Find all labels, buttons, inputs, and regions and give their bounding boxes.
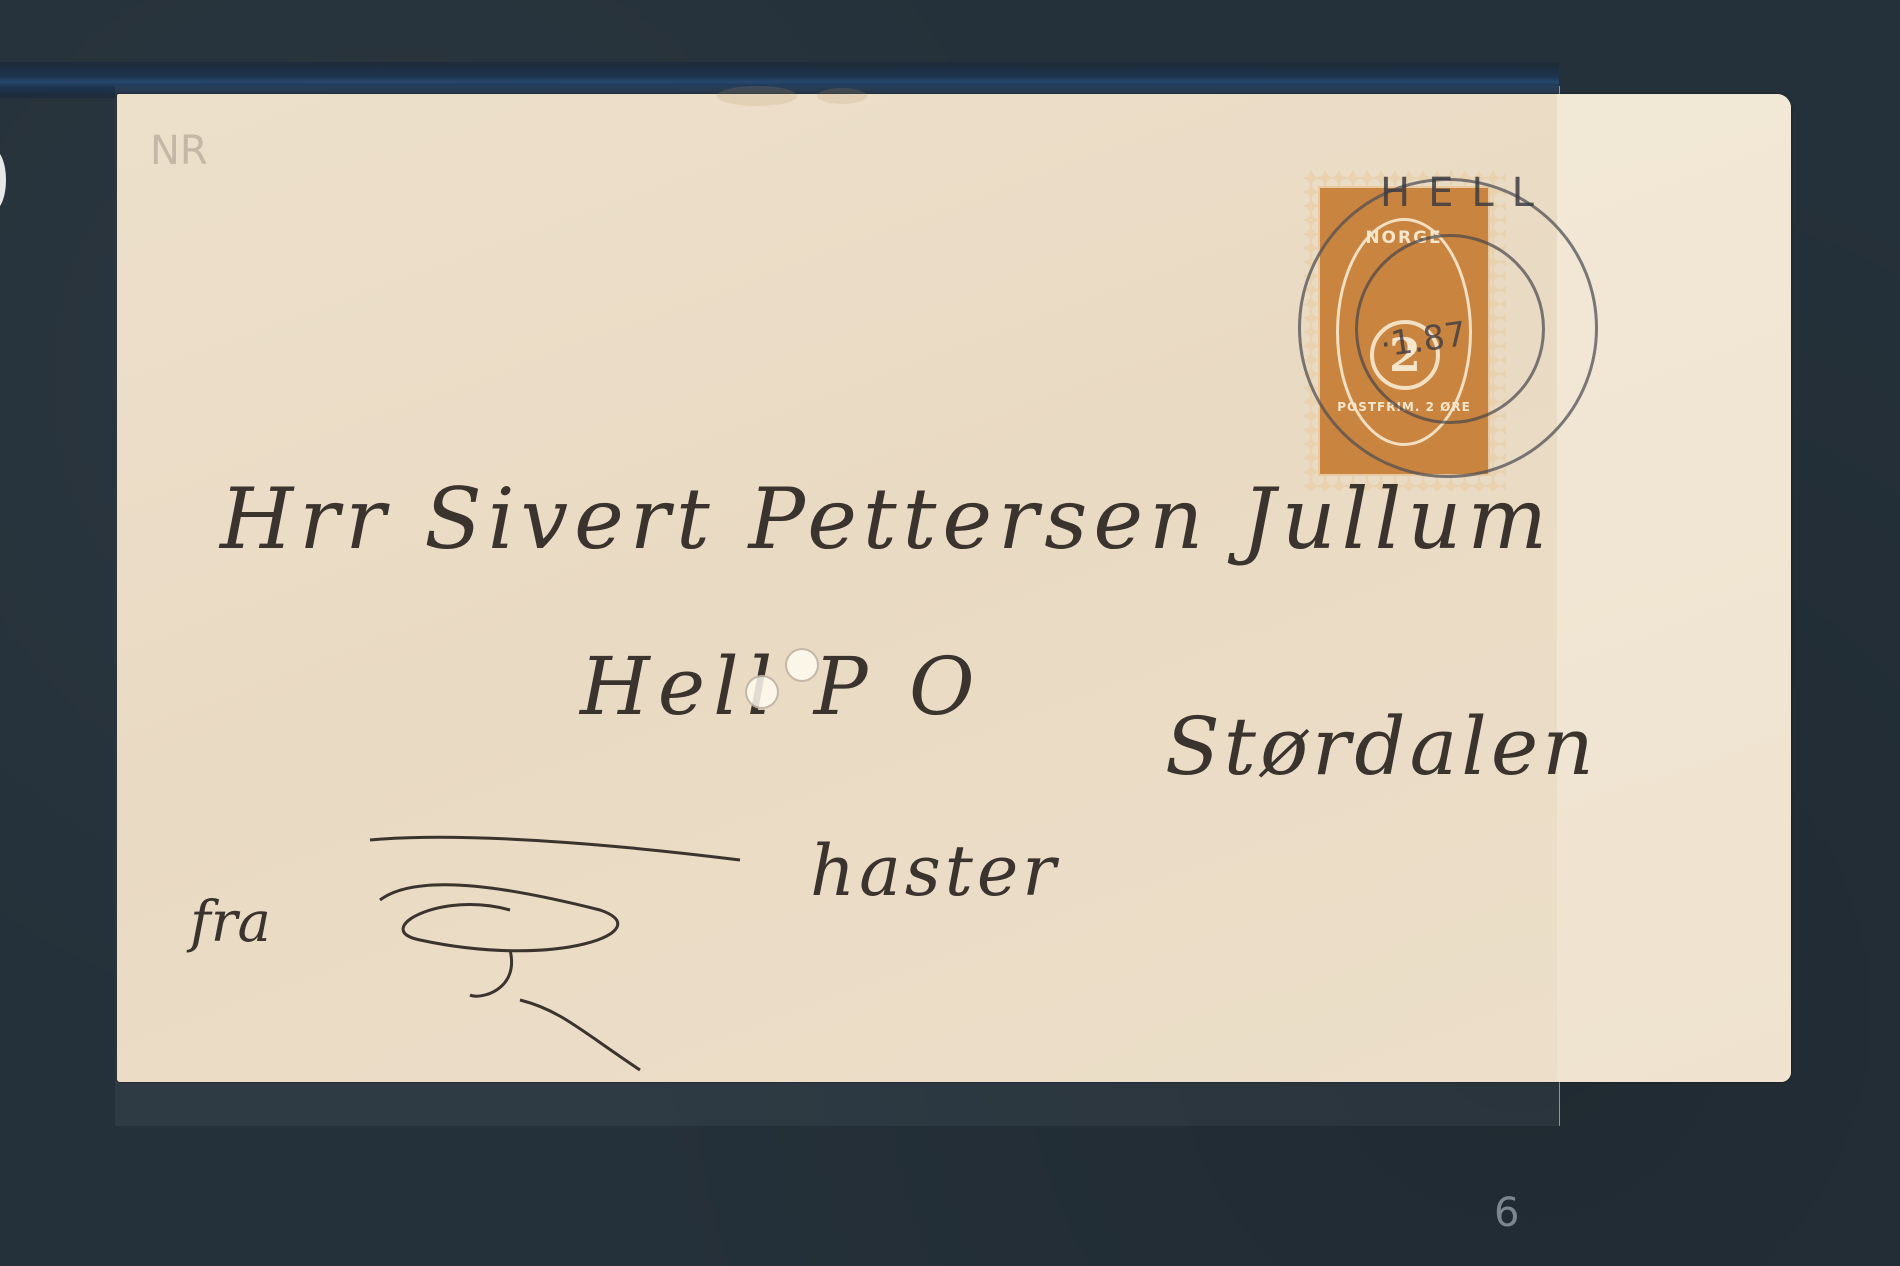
- stain: [717, 86, 797, 106]
- signature-flourish: [360, 830, 780, 1090]
- stain: [817, 88, 867, 104]
- address-line3: Størdalen: [1165, 700, 1598, 793]
- ink-blot: [785, 648, 819, 682]
- pencil-note: NR: [150, 128, 208, 174]
- mount-number: 6: [1494, 1190, 1519, 1236]
- urgent-note: haster: [810, 830, 1060, 912]
- postmark-town: HELL: [1380, 170, 1552, 216]
- envelope-uncovered-part: [1557, 94, 1791, 1082]
- sender-label: fra: [190, 890, 271, 955]
- address-recipient: Hrr Sivert Pettersen Jullum: [220, 470, 1553, 568]
- address-line2: Hell P O: [580, 640, 983, 733]
- ink-blot: [745, 675, 779, 709]
